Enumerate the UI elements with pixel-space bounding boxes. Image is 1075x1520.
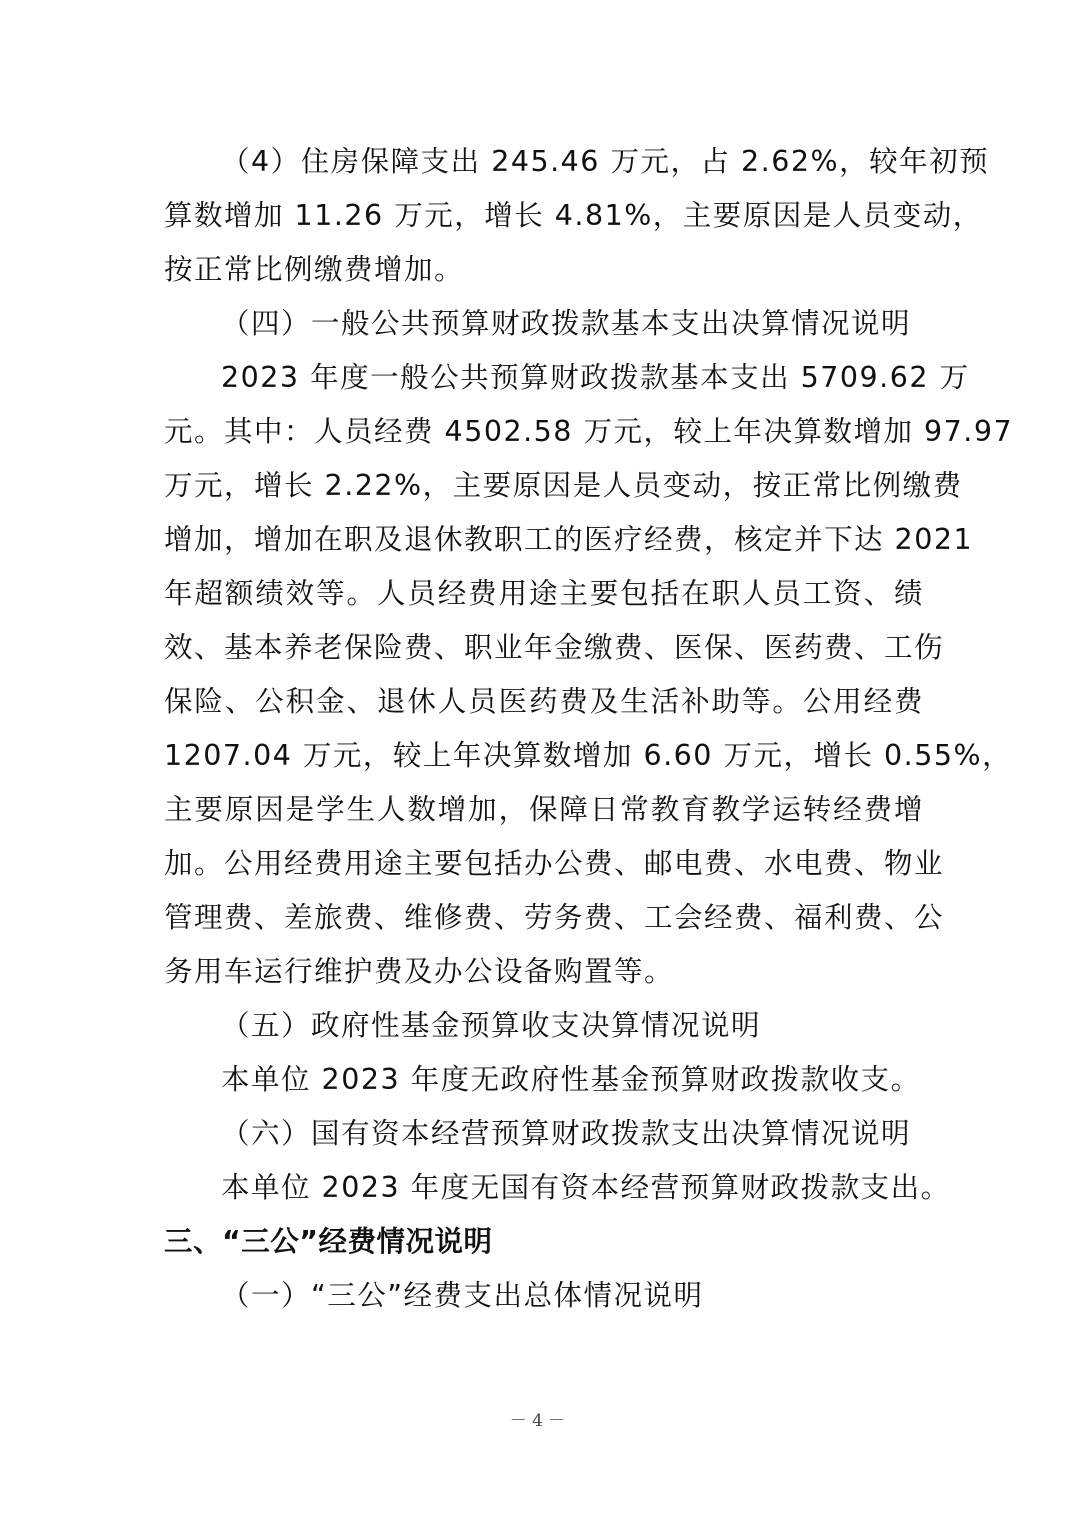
paragraph-line: 本单位 2023 年度无国有资本经营预算财政拨款支出。 <box>164 1161 924 1215</box>
paragraph-line: 年超额绩效等。人员经费用途主要包括在职人员工资、绩 <box>164 567 924 621</box>
paragraph-line: 万元，增长 2.22%，主要原因是人员变动，按正常比例缴费 <box>164 459 924 513</box>
paragraph-line: 管理费、差旅费、维修费、劳务费、工会经费、福利费、公 <box>164 891 924 945</box>
page-number: － 4 － <box>0 1406 1075 1431</box>
paragraph-line: 加。公用经费用途主要包括办公费、邮电费、水电费、物业 <box>164 837 924 891</box>
paragraph-line: 务用车运行维护费及办公设备购置等。 <box>164 945 924 999</box>
section-heading-six: （六）国有资本经营预算财政拨款支出决算情况说明 <box>164 1107 924 1161</box>
paragraph-line: 2023 年度一般公共预算财政拨款基本支出 5709.62 万 <box>164 351 924 405</box>
paragraph-line: （4）住房保障支出 245.46 万元，占 2.62%，较年初预 <box>164 135 924 189</box>
section-heading-five: （五）政府性基金预算收支决算情况说明 <box>164 999 924 1053</box>
paragraph-line: 1207.04 万元，较上年决算数增加 6.60 万元，增长 0.55%， <box>164 729 924 783</box>
paragraph-line: 保险、公积金、退休人员医药费及生活补助等。公用经费 <box>164 675 924 729</box>
paragraph-line: 效、基本养老保险费、职业年金缴费、医保、医药费、工伤 <box>164 621 924 675</box>
section-heading-one: （一）“三公”经费支出总体情况说明 <box>164 1269 924 1323</box>
chapter-heading-three: 三、“三公”经费情况说明 <box>164 1215 924 1269</box>
document-body: （4）住房保障支出 245.46 万元，占 2.62%，较年初预 算数增加 11… <box>164 135 924 1323</box>
paragraph-line: 本单位 2023 年度无政府性基金预算财政拨款收支。 <box>164 1053 924 1107</box>
section-heading-four: （四）一般公共预算财政拨款基本支出决算情况说明 <box>164 297 924 351</box>
paragraph-line: 元。其中：人员经费 4502.58 万元，较上年决算数增加 97.97 <box>164 405 924 459</box>
paragraph-line: 增加，增加在职及退休教职工的医疗经费，核定并下达 2021 <box>164 513 924 567</box>
paragraph-line: 算数增加 11.26 万元，增长 4.81%，主要原因是人员变动， <box>164 189 924 243</box>
paragraph-line: 主要原因是学生人数增加，保障日常教育教学运转经费增 <box>164 783 924 837</box>
paragraph-line: 按正常比例缴费增加。 <box>164 243 924 297</box>
